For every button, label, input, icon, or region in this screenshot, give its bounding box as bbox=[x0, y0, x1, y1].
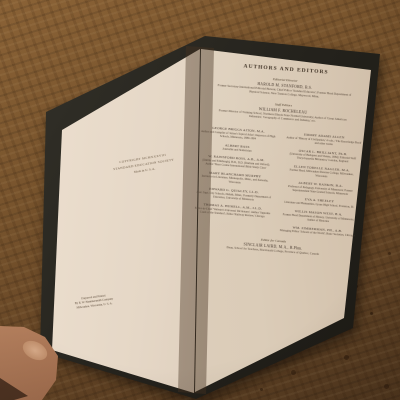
contributor-entry: WILLIS MASON WEST, B.A. Former Head Depa… bbox=[278, 209, 358, 226]
contributors-columns: GEORGE BRIGGS AITON, M.A. Author and Com… bbox=[192, 121, 364, 238]
contributor-entry: ALBERT W. RANKIN, B.A. Professor of Peda… bbox=[281, 180, 361, 197]
contributor-entry: MARY BLANCHARD MURPHY Instructor in Lite… bbox=[195, 170, 275, 187]
contributor-entry: EVA A. SHEELEY Literature and Humanities… bbox=[280, 196, 359, 210]
contributor-entry: ELLEN TORELLE NAGLER, M.A. Former Head, … bbox=[282, 164, 362, 181]
authors-and-editors-page: AUTHORS AND EDITORS Editorial Director H… bbox=[190, 60, 368, 259]
contributor-entry: OSCAR L. BRILLIANT, Ph.D. (University of… bbox=[283, 148, 363, 165]
contributor-entry: GEORGE BRIGGS AITON, M.A. Author and Com… bbox=[198, 125, 278, 142]
open-book-photo: COPYRIGHT MCMXXXVIII STANDARD EDUCATION … bbox=[0, 0, 400, 400]
contributor-entry: W. RAINSFORD ROSS, A.B., A.M. (Dublin an… bbox=[196, 154, 276, 171]
contributor-entry: WM. ZIMMERMAN, PH., A.B. Managing Editor… bbox=[278, 225, 357, 239]
contributor-entry: THOMAS A. HUMELL, A.M., LL.D. Editor-in-… bbox=[193, 202, 273, 219]
contributors-column-right: EMORY ADAMS ALLEN Author of 'History of … bbox=[278, 127, 365, 238]
contributor-entry: EMORY ADAMS ALLEN Author of 'History of … bbox=[284, 132, 364, 149]
contributor-entry: ALBERT BASS Journalist and Statistician bbox=[197, 142, 276, 156]
contributor-entry: EDWARD G. QUIGLEY, LL.D. Asst. Supt. Cit… bbox=[194, 186, 274, 203]
contributors-column-left: GEORGE BRIGGS AITON, M.A. Author and Com… bbox=[192, 121, 279, 232]
